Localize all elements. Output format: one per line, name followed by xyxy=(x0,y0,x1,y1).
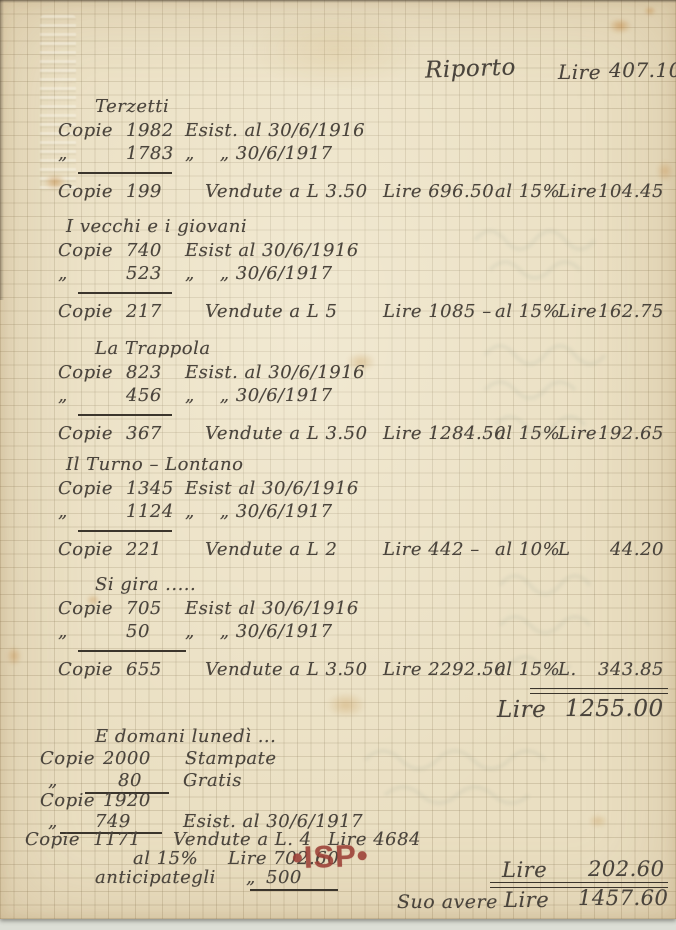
currency-label: Lire xyxy=(558,423,597,444)
stock-note: Esist al 30/6/1916 xyxy=(185,478,359,499)
book-title: Si gira ..... xyxy=(95,574,196,595)
final-net-amount: 202.60 xyxy=(588,857,664,881)
royalty-rate: al 15% xyxy=(495,659,560,680)
copies-label: Copie xyxy=(58,539,113,560)
copies-label: Copie xyxy=(25,829,80,850)
stock-row: Copie 823 Esist. al 30/6/1916 xyxy=(0,362,676,384)
copies-qty: 1124 xyxy=(126,501,174,522)
gross-amount: Lire 1085 – xyxy=(383,301,492,322)
gross-amount: Lire 1284.50 xyxy=(383,423,506,444)
copies-sold-qty: 221 xyxy=(126,539,162,560)
copies-qty: 1783 xyxy=(126,143,174,164)
stock-note: „ „ 30/6/1917 xyxy=(185,385,333,406)
copies-qty: 740 xyxy=(126,240,162,261)
copies-qty: 80 xyxy=(118,770,142,791)
net-amount: 104.45 xyxy=(596,181,664,202)
copies-label: Copie xyxy=(40,748,95,769)
stock-row: „ 50 „ „ 30/6/1917 xyxy=(0,621,676,643)
copies-label: Copie xyxy=(58,120,113,141)
unit-price: Vendute a L 3.50 xyxy=(205,181,368,202)
sold-row: Copie 199 Vendute a L 3.50 Lire 696.50 a… xyxy=(0,181,676,203)
unit-price: Vendute a L 5 xyxy=(205,301,337,322)
unit-price: Vendute a L 3.50 xyxy=(205,423,368,444)
ditto-mark: „ xyxy=(58,385,68,406)
royalty-rate: al 15% xyxy=(495,423,560,444)
stock-note: Esist. al 30/6/1916 xyxy=(185,362,365,383)
copies-label: Copie xyxy=(58,362,113,383)
book-section-e-domani-lunedi: E domani lunedì ... Copie 2000 Stampate … xyxy=(0,726,676,926)
book-title: Il Turno – Lontano xyxy=(66,454,243,475)
ditto-mark: „ xyxy=(58,143,68,164)
book-section-i-vecchi-e-i-giovani: I vecchi e i giovani Copie 740 Esist al … xyxy=(0,216,676,328)
royalty-rate: al 15% xyxy=(495,181,560,202)
royalty-rate: al 15% xyxy=(133,848,198,869)
royalty-rate: al 10% xyxy=(495,539,560,560)
subtotal-currency: Lire xyxy=(497,697,546,723)
copies-label: Copie xyxy=(58,598,113,619)
gross-amount: Lire 442 – xyxy=(383,539,480,560)
sum-rule xyxy=(78,292,172,294)
riporto-currency: Lire xyxy=(558,60,601,84)
book-section-terzetti: Terzetti Copie 1982 Esist. al 30/6/1916 … xyxy=(0,96,676,208)
ditto-mark: „ xyxy=(58,501,68,522)
copies-qty: 1345 xyxy=(126,478,174,499)
gross-amount: Lire 2292.50 xyxy=(383,659,506,680)
advance-label: anticipategli xyxy=(95,867,216,888)
copies-label: Copie xyxy=(58,301,113,322)
net-amount: 44.20 xyxy=(596,539,664,560)
book-title: La Trappola xyxy=(95,338,211,359)
stock-row: Copie 1982 Esist. al 30/6/1916 xyxy=(0,120,676,142)
stain xyxy=(608,18,632,34)
stock-note: Esist. al 30/6/1916 xyxy=(185,120,365,141)
book-title: I vecchi e i giovani xyxy=(66,216,247,237)
sum-rule xyxy=(78,650,186,652)
currency-label: Lire xyxy=(558,301,597,322)
subtotal-amount: 1255.00 xyxy=(565,696,664,722)
stock-note: „ „ 30/6/1917 xyxy=(185,263,333,284)
book-title: Terzetti xyxy=(95,96,169,117)
sold-row: Copie 367 Vendute a L 3.50 Lire 1284.50 … xyxy=(0,423,676,445)
total-currency: Lire xyxy=(504,888,549,912)
stock-note: Esist al 30/6/1916 xyxy=(185,240,359,261)
row-note: Gratis xyxy=(183,770,242,791)
copies-qty: 523 xyxy=(126,263,162,284)
sum-rule xyxy=(78,530,172,532)
copies-qty: 456 xyxy=(126,385,162,406)
copies-sold-qty: 199 xyxy=(126,181,162,202)
sum-rule xyxy=(78,172,172,174)
stock-row: „ 1124 „ „ 30/6/1917 xyxy=(0,501,676,523)
net-amount: 162.75 xyxy=(596,301,664,322)
ledger-page: Riporto Lire 407.10 Terzetti Copie 1982 … xyxy=(0,0,676,919)
final-net-currency: Lire xyxy=(502,858,547,882)
net-amount: 192.65 xyxy=(596,423,664,444)
copies-sold-qty: 655 xyxy=(126,659,162,680)
subtotal-rule xyxy=(530,688,668,694)
unit-price: Vendute a L 3.50 xyxy=(205,659,368,680)
royalty-rate: al 15% xyxy=(495,301,560,322)
stock-note: „ „ 30/6/1917 xyxy=(185,143,333,164)
copies-qty: 1982 xyxy=(126,120,174,141)
sum-rule xyxy=(78,414,172,416)
currency-label: L xyxy=(558,539,570,560)
advance-rule xyxy=(250,889,338,891)
copies-label: Copie xyxy=(40,790,95,811)
ditto-mark: „ xyxy=(246,867,256,888)
book-section-il-turno-lontano: Il Turno – Lontano Copie 1345 Esist al 3… xyxy=(0,454,676,566)
book-section-la-trappola: La Trappola Copie 823 Esist. al 30/6/191… xyxy=(0,338,676,450)
stock-note: „ „ 30/6/1917 xyxy=(185,621,333,642)
copies-sold-qty: 217 xyxy=(126,301,162,322)
copies-qty: 705 xyxy=(126,598,162,619)
stock-row: „ 523 „ „ 30/6/1917 xyxy=(0,263,676,285)
stock-row: „ 1783 „ „ 30/6/1917 xyxy=(0,143,676,165)
isp-stamp: •ISP• xyxy=(291,838,369,877)
stain xyxy=(644,6,656,16)
copies-qty: 1920 xyxy=(103,790,151,811)
copies-label: Copie xyxy=(58,181,113,202)
total-label: Suo avere xyxy=(397,891,498,913)
stock-row: „ 456 „ „ 30/6/1917 xyxy=(0,385,676,407)
row-note: Stampate xyxy=(185,748,277,769)
ditto-mark: „ xyxy=(58,621,68,642)
copies-qty: 2000 xyxy=(103,748,151,769)
copies-qty: 50 xyxy=(126,621,150,642)
sold-row: Copie 217 Vendute a L 5 Lire 1085 – al 1… xyxy=(0,301,676,323)
printed-row: Copie 2000 Stampate xyxy=(0,748,676,770)
sold-row: Copie 221 Vendute a L 2 Lire 442 – al 10… xyxy=(0,539,676,561)
book-section-si-gira: Si gira ..... Copie 705 Esist al 30/6/19… xyxy=(0,574,676,686)
copies-qty: 823 xyxy=(126,362,162,383)
stock-row: Copie 705 Esist al 30/6/1916 xyxy=(0,598,676,620)
copies-label: Copie xyxy=(58,423,113,444)
copies-sold-qty: 367 xyxy=(126,423,162,444)
currency-label: L. xyxy=(558,659,577,680)
copies-label: Copie xyxy=(58,478,113,499)
copies-label: Copie xyxy=(58,240,113,261)
net-amount: 343.85 xyxy=(596,659,664,680)
gratis-row: „ 80 Gratis xyxy=(0,770,676,792)
riporto-amount: 407.10 xyxy=(609,58,676,82)
gross-amount: Lire 696.50 xyxy=(383,181,494,202)
remainder-row: Copie 1920 xyxy=(0,790,676,812)
copies-label: Copie xyxy=(58,659,113,680)
stock-row: Copie 1345 Esist al 30/6/1916 xyxy=(0,478,676,500)
riporto-label: Riporto xyxy=(425,54,517,83)
sold-row: Copie 655 Vendute a L 3.50 Lire 2292.50 … xyxy=(0,659,676,681)
ditto-mark: „ xyxy=(58,263,68,284)
stock-row: Copie 740 Esist al 30/6/1916 xyxy=(0,240,676,262)
total-amount: 1457.60 xyxy=(578,886,668,910)
copies-sold-qty: 1171 xyxy=(93,829,141,850)
book-title: E domani lunedì ... xyxy=(95,726,276,747)
currency-label: Lire xyxy=(558,181,597,202)
stock-note: „ „ 30/6/1917 xyxy=(185,501,333,522)
unit-price: Vendute a L 2 xyxy=(205,539,337,560)
stain xyxy=(250,10,420,90)
stain xyxy=(326,692,366,718)
ditto-mark: „ xyxy=(48,770,58,791)
page-top-edge xyxy=(0,0,676,3)
stock-note: Esist al 30/6/1916 xyxy=(185,598,359,619)
